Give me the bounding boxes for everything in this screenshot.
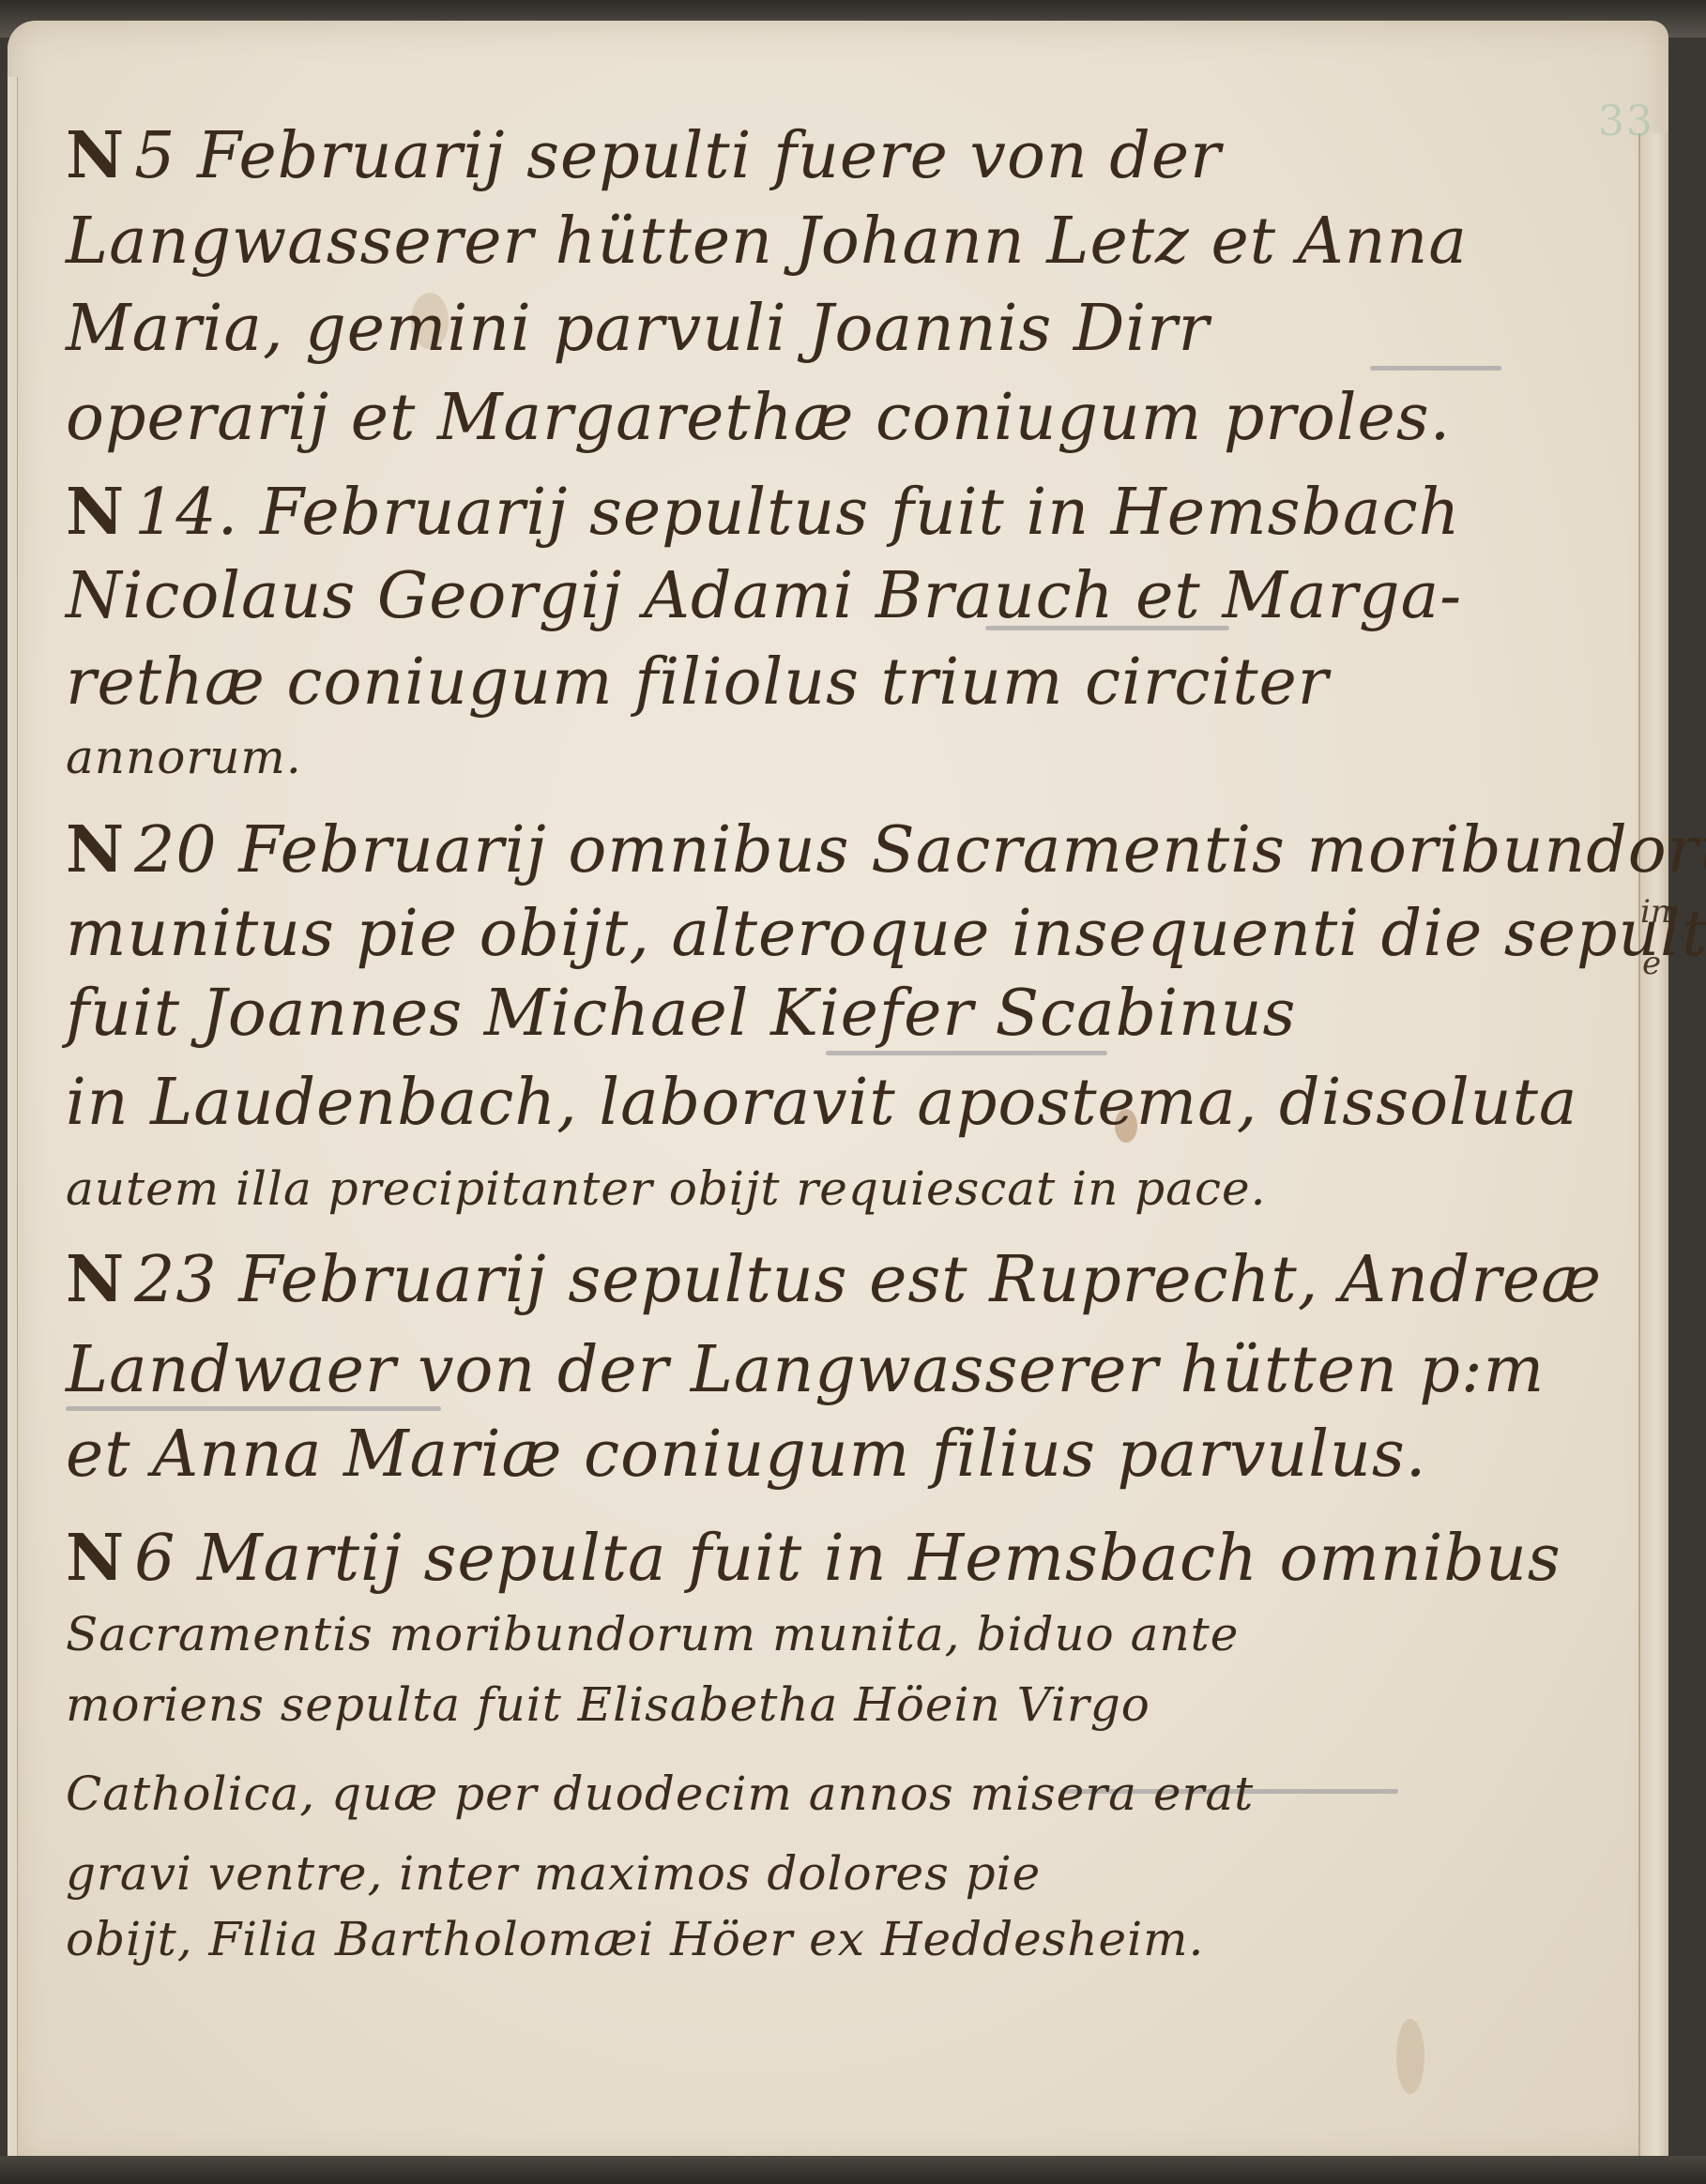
pencil-underline [1370, 366, 1501, 371]
book-binding-bottom [0, 2156, 1706, 2184]
manuscript-page: 33 N5 Februarij sepulti fuere von der La… [8, 21, 1668, 2169]
folio-number: 33 [1598, 98, 1654, 145]
page-edge-left [8, 77, 18, 2160]
entry-line: N6 Martij sepulta fuit in Hemsbach omnib… [66, 1526, 1561, 1591]
entry-line: et Anna Mariæ coniugum filius parvulus. [66, 1423, 1426, 1487]
pencil-underline [985, 626, 1229, 630]
entry-line: fuit Joannes Michael Kiefer Scabinus [66, 982, 1296, 1046]
page-edge-right [1638, 133, 1668, 2160]
entry-line: Maria, gemini parvuli Joannis Dirr [66, 297, 1210, 361]
entry-marker-icon: N [66, 475, 125, 550]
manuscript-scan: 33 N5 Februarij sepulti fuere von der La… [0, 0, 1706, 2184]
entry-marker-icon: N [66, 118, 125, 193]
entry-line: N23 Februarij sepultus est Ruprecht, And… [66, 1248, 1602, 1312]
entry-line: moriens sepulta fuit Elisabetha Höein Vi… [66, 1681, 1150, 1728]
margin-note: e [1642, 945, 1661, 982]
entry-line: gravi ventre, inter maximos dolores pie [66, 1850, 1041, 1897]
entry-marker-icon: N [66, 1521, 125, 1596]
entry-line: N14. Februarij sepultus fuit in Hemsbach [66, 480, 1460, 545]
entry-line: operarij et Margarethæ coniugum proles. [66, 387, 1451, 450]
entry-line: Langwasserer hütten Johann Letz et Anna [66, 210, 1468, 274]
entry-line: N20 Februarij omnibus Sacramentis moribu… [66, 818, 1706, 883]
entry-line: Catholica, quæ per duodecim annos misera… [66, 1770, 1254, 1817]
margin-note: in [1640, 893, 1671, 931]
entry-line: in Laudenbach, laboravit apostema, disso… [66, 1071, 1577, 1135]
pencil-underline [66, 1406, 441, 1411]
entry-line: rethæ coniugum filiolus trium circiter [66, 651, 1329, 715]
paper-stain [1396, 2019, 1424, 2094]
entry-line: obijt, Filia Bartholomæi Höer ex Heddesh… [66, 1916, 1204, 1963]
entry-marker-icon: N [66, 1242, 125, 1317]
pencil-underline [826, 1051, 1107, 1055]
entry-line: Nicolaus Georgij Adami Brauch et Marga- [66, 565, 1462, 629]
entry-line: munitus pie obijt, alteroque insequenti … [66, 902, 1706, 966]
entry-marker-icon: N [66, 812, 125, 887]
entry-line: Sacramentis moribundorum munita, biduo a… [66, 1611, 1239, 1658]
entry-line: N5 Februarij sepulti fuere von der [66, 124, 1222, 189]
entry-line: autem illa precipitanter obijt requiesca… [66, 1165, 1266, 1212]
entry-line: annorum. [66, 734, 302, 781]
entry-line: Landwaer von der Langwasserer hütten p:m [66, 1339, 1545, 1403]
